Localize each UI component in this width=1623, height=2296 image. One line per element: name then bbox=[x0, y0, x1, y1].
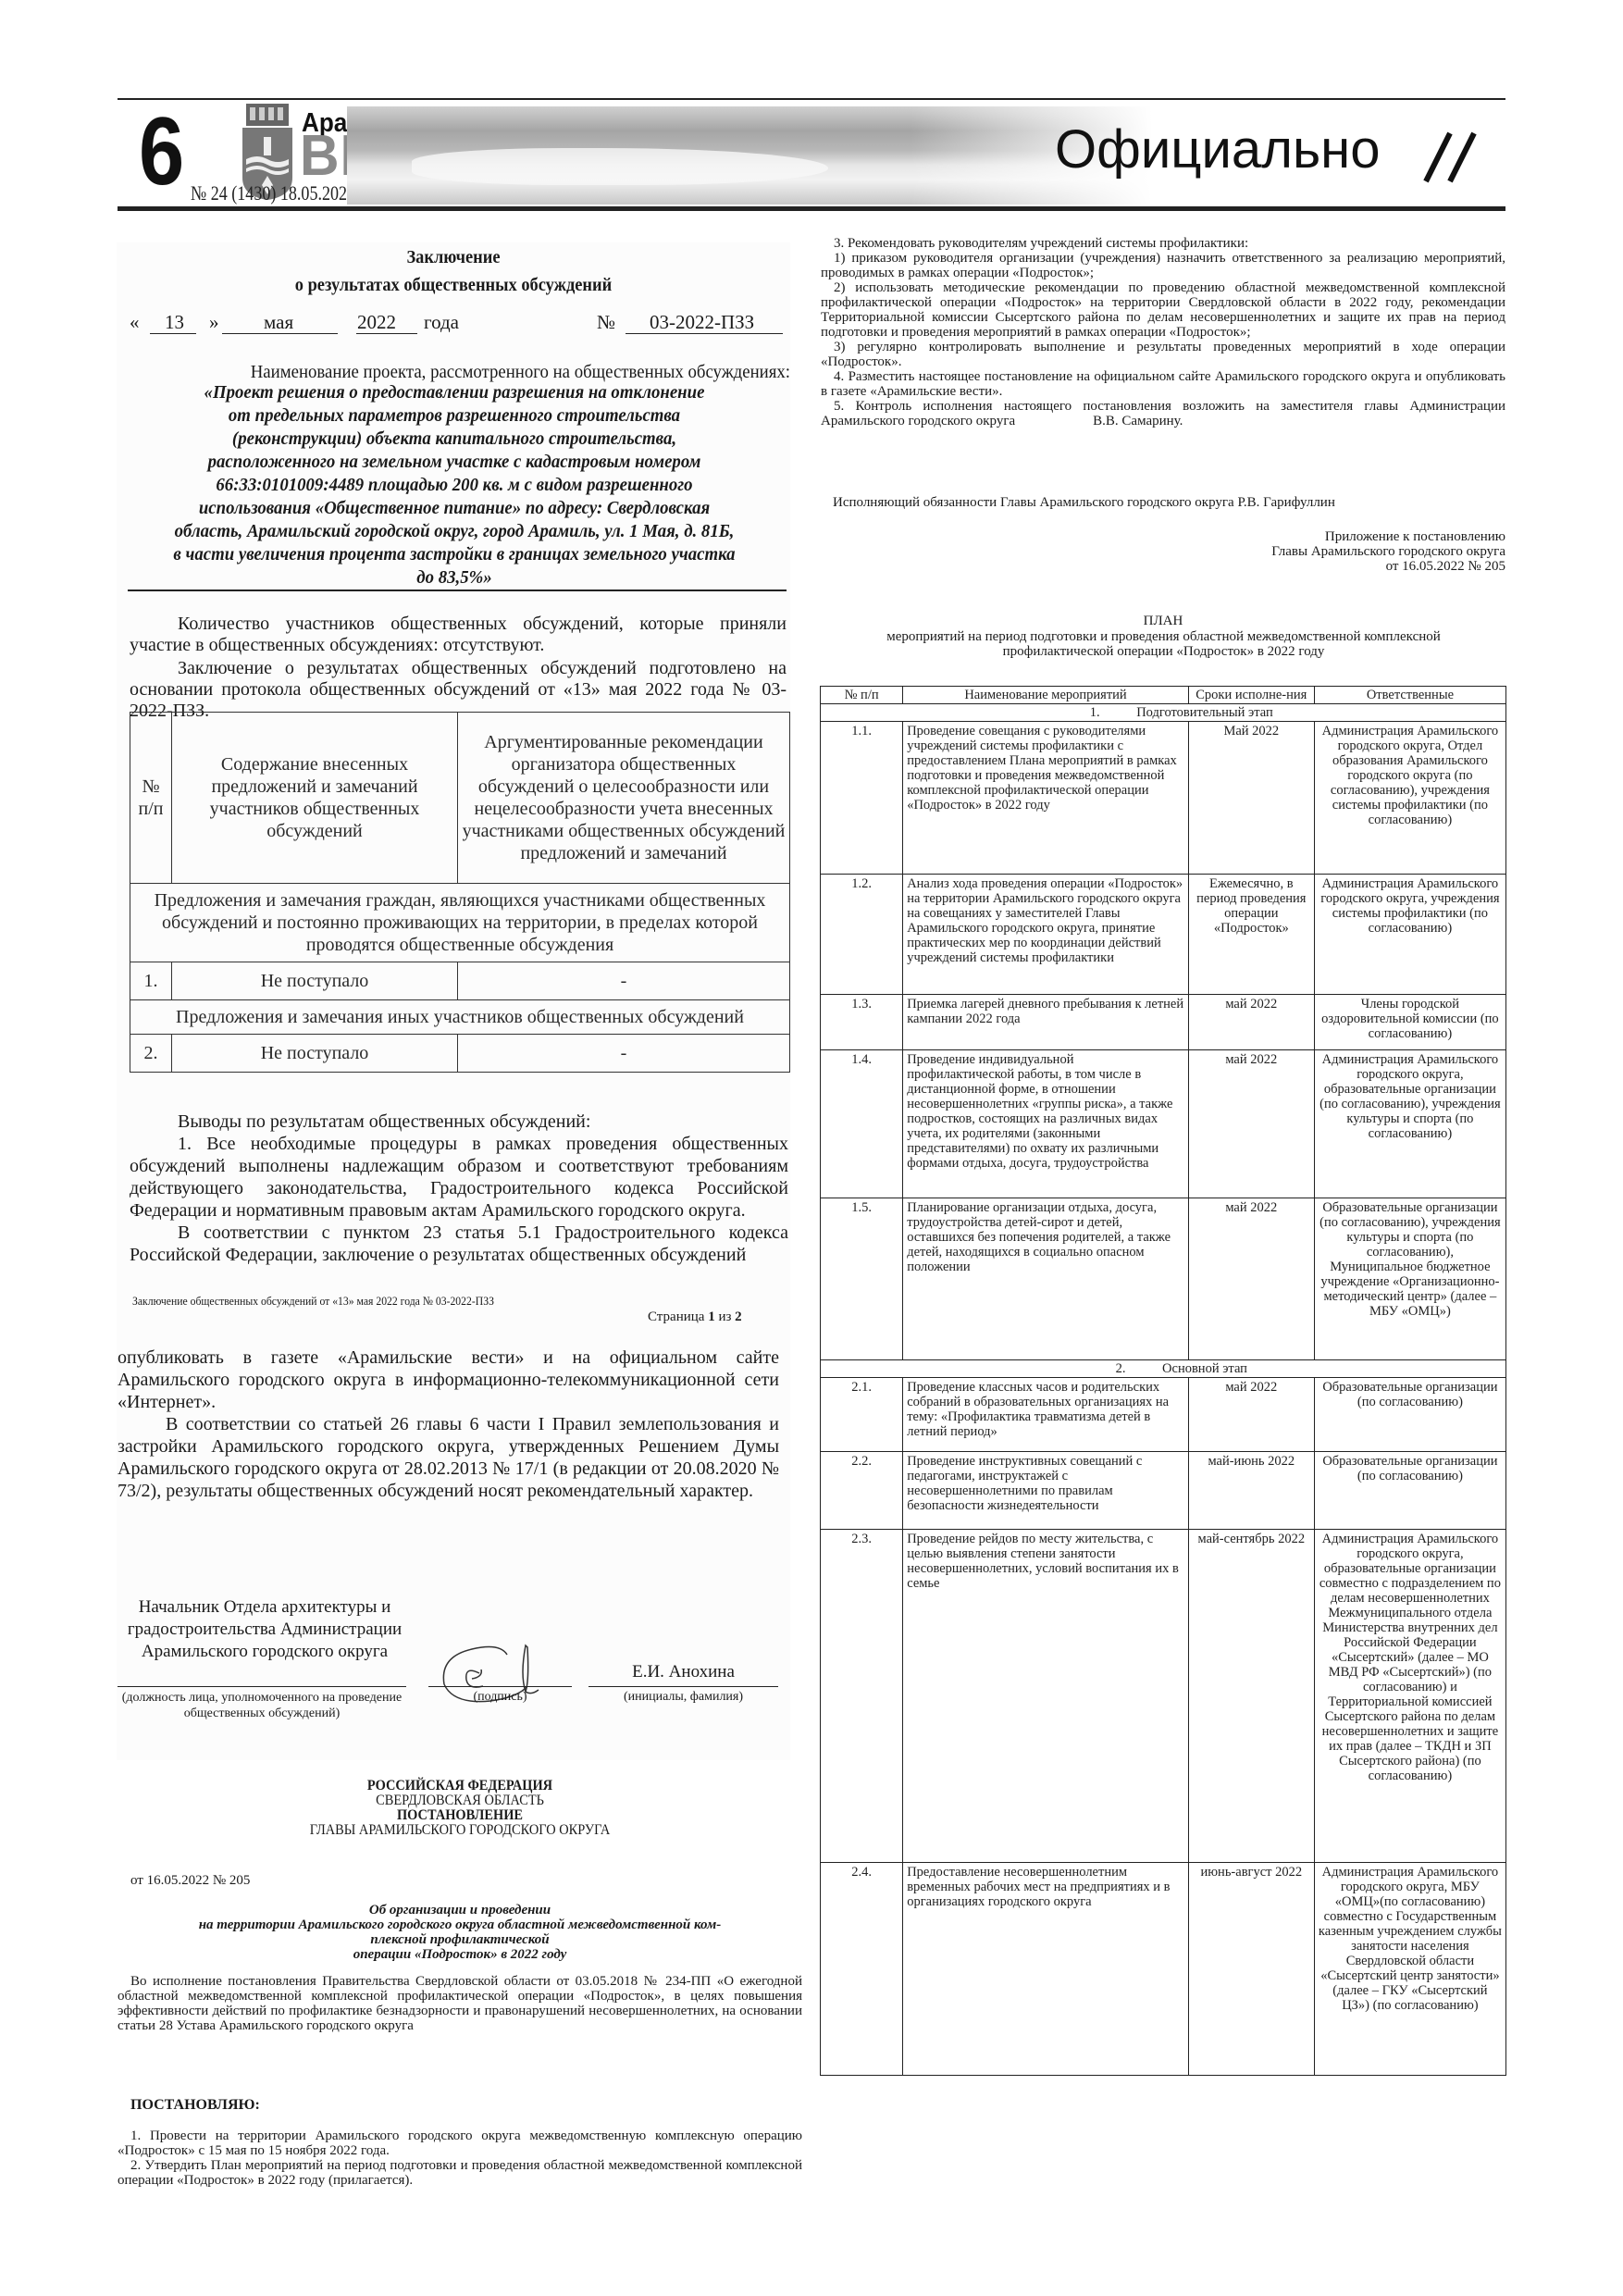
plan-header-row: № п/п Наименование мероприятий Сроки исп… bbox=[821, 687, 1506, 704]
conclusion-item: В соответствии с пунктом 23 статья 5.1 Г… bbox=[130, 1222, 788, 1266]
resolution-item: 1) приказом руководителя организации (уч… bbox=[821, 251, 1505, 280]
date-year-suffix: года bbox=[424, 311, 459, 334]
plan-row-responsible: Образовательные организации (по согласов… bbox=[1314, 1378, 1505, 1452]
signature-caption: (подпись) bbox=[428, 1690, 572, 1705]
project-label: Наименование проекта, рассмотренного на … bbox=[157, 361, 790, 383]
scan-page-indicator: Страница 1 из 2 bbox=[648, 1309, 742, 1325]
close-quote: » bbox=[209, 311, 219, 334]
plan-row-responsible: Администрация Арамильского городского ок… bbox=[1314, 1050, 1505, 1198]
conclusion-title: Заключение о результатах общественных об… bbox=[143, 243, 763, 299]
plan-row-number: 1.1. bbox=[821, 722, 903, 875]
table-header-row: № п/п Содержание внесенных предложений и… bbox=[130, 713, 790, 884]
date-year: 2022 bbox=[357, 311, 396, 334]
table-row: 2.4.Предоставление несовершеннолетним вр… bbox=[821, 1863, 1506, 2076]
plan-header-number: № п/п bbox=[821, 687, 903, 704]
plan-row-term: май-июнь 2022 bbox=[1188, 1452, 1314, 1530]
plan-row-number: 2.4. bbox=[821, 1863, 903, 2076]
conclusion-number: 03-2022-ПЗЗ bbox=[650, 311, 754, 334]
plan-row-number: 2.2. bbox=[821, 1452, 903, 1530]
resolution-item: 5. Контроль исполнения настоящего постан… bbox=[821, 399, 1505, 428]
plan-row-name: Проведение инструктивных совещаний с пед… bbox=[903, 1452, 1189, 1530]
position-caption: (должность лица, уполномоченного на пров… bbox=[118, 1690, 406, 1721]
plan-row-name: Проведение классных часов и родительских… bbox=[903, 1378, 1189, 1452]
plan-row-responsible: Администрация Арамильского городского ок… bbox=[1314, 875, 1505, 995]
resolution-signatory: Исполняющий обязанности Главы Арамильско… bbox=[833, 495, 1335, 511]
table-row: 1. Не поступало - bbox=[130, 962, 790, 1000]
plan-stage-cell: 1.Подготовительный этап bbox=[821, 704, 1506, 722]
table-row: 2.1.Проведение классных часов и родитель… bbox=[821, 1378, 1506, 1452]
header-top-rule bbox=[118, 98, 1505, 100]
section-title: Официально bbox=[1055, 118, 1380, 180]
plan-title: ПЛАН bbox=[821, 614, 1505, 628]
plan-row-number: 1.3. bbox=[821, 995, 903, 1050]
scan-footer-note: Заключение общественных обсуждений от «1… bbox=[132, 1294, 494, 1309]
plan-row-name: Проведение совещания с руководителями уч… bbox=[903, 722, 1189, 875]
project-divider bbox=[128, 590, 787, 591]
table-row: 1.1.Проведение совещания с руководителям… bbox=[821, 722, 1506, 875]
plan-table: № п/п Наименование мероприятий Сроки исп… bbox=[820, 686, 1506, 2076]
conclusions-heading: Выводы по результатам общественных обсуж… bbox=[130, 1111, 788, 1133]
plan-header-name: Наименование мероприятий bbox=[903, 687, 1189, 704]
plan-stage-row: 1.Подготовительный этап bbox=[821, 704, 1506, 722]
plan-row-name: Планирование организации отдыха, досуга,… bbox=[903, 1198, 1189, 1360]
resolution-decree: ПОСТАНОВЛЯЮ: bbox=[130, 2097, 260, 2114]
proposals-table: № п/п Содержание внесенных предложений и… bbox=[130, 712, 790, 1073]
plan-row-number: 2.1. bbox=[821, 1378, 903, 1452]
resolution-preamble: Во исполнение постановления Правительств… bbox=[118, 1974, 802, 2033]
deputy-name: В.В. Самарину. bbox=[1080, 414, 1183, 428]
issue-number: № 24 (1430) 18.05.2022 bbox=[191, 181, 355, 205]
resolution-items: 1. Провести на территории Арамильского г… bbox=[118, 2128, 802, 2188]
name-caption: (инициалы, фамилия) bbox=[588, 1690, 778, 1705]
resolution-header: РОССИЙСКАЯ ФЕДЕРАЦИЯ СВЕРДЛОВСКАЯ ОБЛАСТ… bbox=[118, 1779, 802, 1838]
plan-row-name: Проведение рейдов по месту жительства, с… bbox=[903, 1530, 1189, 1863]
plan-row-responsible: Члены городской оздоровительной комиссии… bbox=[1314, 995, 1505, 1050]
plan-stage-number: 1. bbox=[1053, 705, 1136, 720]
date-day: 13 bbox=[165, 311, 184, 334]
resolution-item: 2. Утвердить План мероприятий на период … bbox=[118, 2158, 802, 2188]
publication-paragraph: опубликовать в газете «Арамильские вести… bbox=[118, 1347, 779, 1413]
plan-row-name: Приемка лагерей дневного пребывания к ле… bbox=[903, 995, 1189, 1050]
participants-paragraph: Количество участников общественных обсуж… bbox=[130, 614, 787, 656]
plan-row-number: 1.2. bbox=[821, 875, 903, 995]
open-quote: « bbox=[130, 311, 140, 334]
plan-row-number: 1.5. bbox=[821, 1198, 903, 1360]
plan-row-name: Проведение индивидуальной профилактическ… bbox=[903, 1050, 1189, 1198]
plan-row-number: 2.3. bbox=[821, 1530, 903, 1863]
table-row: 1.2.Анализ хода проведения операции «Под… bbox=[821, 875, 1506, 995]
plan-stage-row: 2.Основной этап bbox=[821, 1360, 1506, 1378]
appendix-note: Приложение к постановлению Главы Арамиль… bbox=[1043, 529, 1505, 574]
table-row: 1.3.Приемка лагерей дневного пребывания … bbox=[821, 995, 1506, 1050]
plan-header-responsible: Ответственные bbox=[1314, 687, 1505, 704]
table-row: 2. Не поступало - bbox=[130, 1035, 790, 1073]
plan-row-term: май-сентябрь 2022 bbox=[1188, 1530, 1314, 1863]
plan-row-term: май 2022 bbox=[1188, 1378, 1314, 1452]
header-bottom-rule bbox=[118, 206, 1505, 211]
resolution-date: от 16.05.2022 № 205 bbox=[130, 1873, 250, 1889]
table-row: 1.4.Проведение индивидуальной профилакти… bbox=[821, 1050, 1506, 1198]
plan-row-responsible: Администрация Арамильского городского ок… bbox=[1314, 722, 1505, 875]
plan-row-number: 1.4. bbox=[821, 1050, 903, 1198]
resolution-item: 2) использовать методические рекомендаци… bbox=[821, 280, 1505, 340]
plan-header-term: Сроки исполне-ния bbox=[1188, 687, 1314, 704]
date-month: мая bbox=[264, 311, 293, 334]
resolution-item: 3) регулярно контролировать выполнение и… bbox=[821, 340, 1505, 369]
resolution-items-continued: 3. Рекомендовать руководителям учреждени… bbox=[821, 236, 1505, 428]
project-name: «Проект решения о предоставлении разреше… bbox=[144, 381, 763, 590]
plan-row-responsible: Администрация Арамильского городского ок… bbox=[1314, 1530, 1505, 1863]
plan-row-term: май 2022 bbox=[1188, 1050, 1314, 1198]
plan-row-responsible: Образовательные организации (по согласов… bbox=[1314, 1198, 1505, 1360]
conclusion-item: 1. Все необходимые процедуры в рамках пр… bbox=[130, 1133, 788, 1222]
plan-stage-name: Подготовительный этап bbox=[1136, 705, 1273, 720]
table-row: 1.5.Планирование организации отдыха, дос… bbox=[821, 1198, 1506, 1360]
plan-stage-cell: 2.Основной этап bbox=[821, 1360, 1506, 1378]
signatory-name: Е.И. Анохина bbox=[588, 1662, 778, 1682]
page-number: 6 bbox=[139, 104, 184, 200]
plan-row-term: май 2022 bbox=[1188, 995, 1314, 1050]
header-content: Содержание внесенных предложений и замеч… bbox=[172, 713, 458, 884]
table-row: 2.3.Проведение рейдов по месту жительств… bbox=[821, 1530, 1506, 1863]
header-landscape-photo bbox=[347, 106, 1152, 205]
plan-row-responsible: Администрация Арамильского городского ок… bbox=[1314, 1863, 1505, 2076]
table-section-row: Предложения и замечания граждан, являющи… bbox=[130, 884, 790, 962]
header-recommendations: Аргументированные рекомендации организат… bbox=[458, 713, 790, 884]
plan-row-responsible: Образовательные организации (по согласов… bbox=[1314, 1452, 1505, 1530]
plan-row-term: Май 2022 bbox=[1188, 722, 1314, 875]
plan-row-name: Предоставление несовершеннолетним времен… bbox=[903, 1863, 1189, 2076]
plan-row-term: июнь-август 2022 bbox=[1188, 1863, 1314, 2076]
plan-stage-number: 2. bbox=[1079, 1361, 1162, 1376]
table-section-row: Предложения и замечания иных участников … bbox=[130, 1000, 790, 1035]
signatory-position: Начальник Отдела архитектуры и градостро… bbox=[118, 1596, 412, 1663]
table-row: 2.2.Проведение инструктивных совещаний с… bbox=[821, 1452, 1506, 1530]
conclusions-block: Выводы по результатам общественных обсуж… bbox=[130, 1111, 788, 1266]
number-label: № bbox=[597, 311, 615, 334]
resolution-item: 1. Провести на территории Арамильского г… bbox=[118, 2128, 802, 2158]
conclusion-continuation: опубликовать в газете «Арамильские вести… bbox=[118, 1347, 779, 1502]
header-number: № п/п bbox=[130, 713, 172, 884]
plan-row-name: Анализ хода проведения операции «Подрост… bbox=[903, 875, 1189, 995]
plan-row-term: Ежемесячно, в период проведения операции… bbox=[1188, 875, 1314, 995]
plan-subtitle: мероприятий на период подготовки и прове… bbox=[833, 629, 1494, 659]
double-slash-icon bbox=[1420, 130, 1481, 185]
rules-paragraph: В соответствии со статьей 26 главы 6 час… bbox=[118, 1413, 779, 1502]
plan-row-term: май 2022 bbox=[1188, 1198, 1314, 1360]
plan-stage-name: Основной этап bbox=[1162, 1361, 1247, 1376]
resolution-title: Об организации и проведении на территори… bbox=[118, 1903, 802, 1962]
resolution-item: 4. Разместить настоящее постановление на… bbox=[821, 369, 1505, 399]
resolution-item: 3. Рекомендовать руководителям учреждени… bbox=[821, 236, 1505, 251]
